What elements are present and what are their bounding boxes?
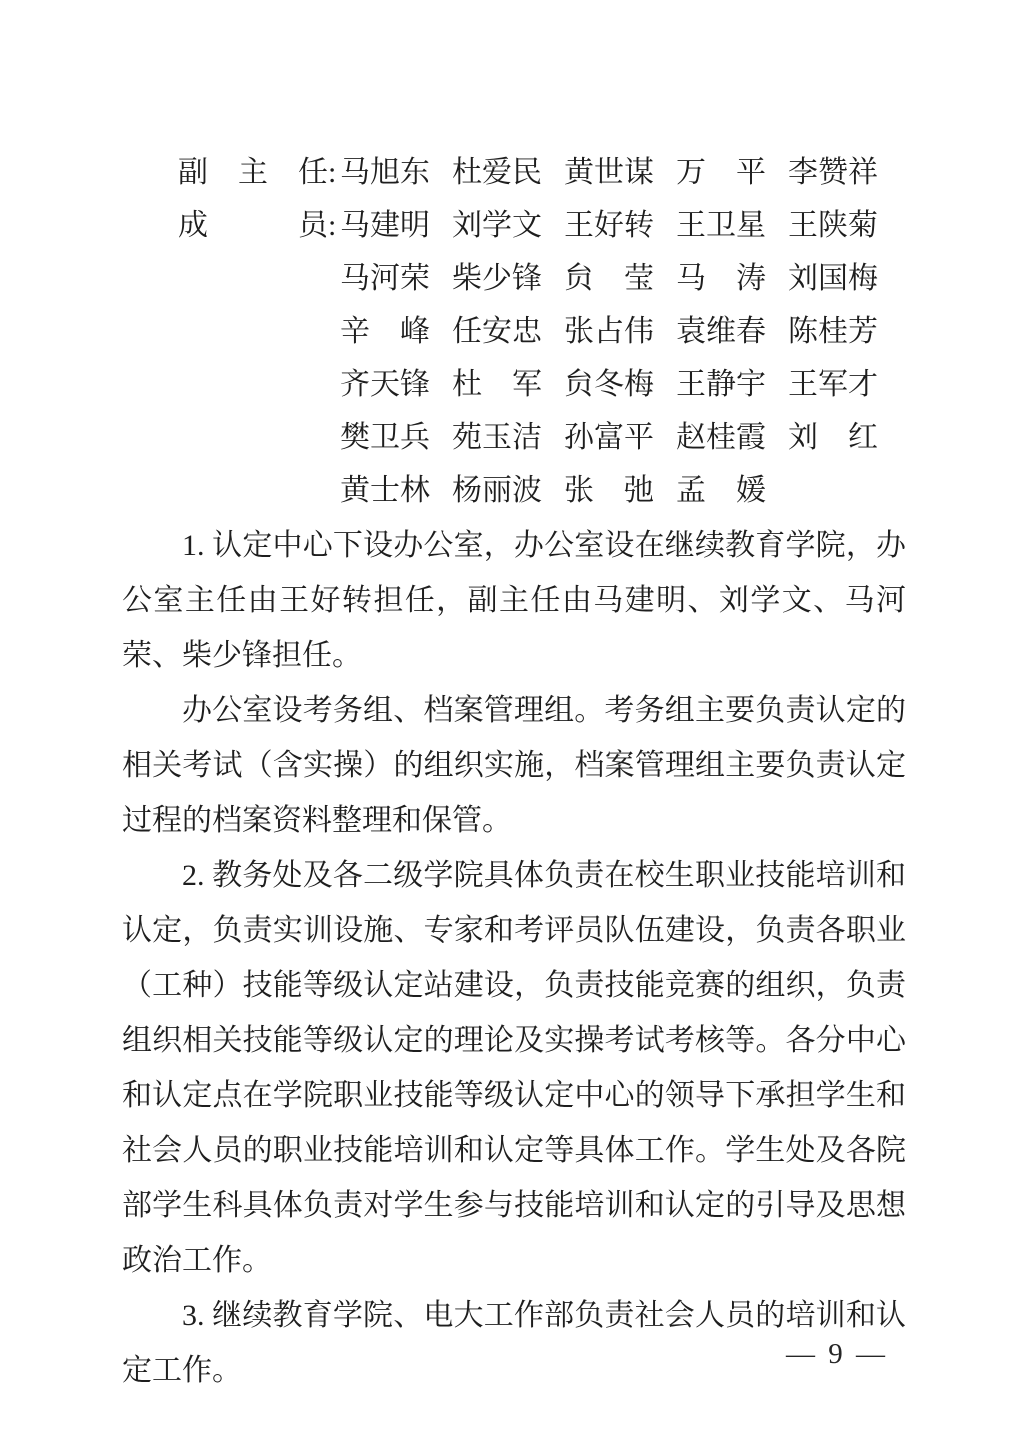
roster-row: 副 主 任: 马旭东 杜爱民 黄世谋 万 平 李赞祥 (122, 142, 906, 195)
page-number: — 9 — (786, 1338, 888, 1371)
person-name: 王静宇 (676, 359, 766, 403)
paragraph-1: 1. 认定中心下设办公室，办公室设在继续教育学院，办公室主任由王好转担任，副主任… (122, 518, 906, 683)
committee-roster: 副 主 任: 马旭东 杜爱民 黄世谋 万 平 李赞祥 成 员: 马建明 刘学文 … (122, 142, 906, 513)
person-name: 黄世谋 (564, 147, 654, 191)
person-name: 辛 峰 (340, 306, 430, 350)
person-name: 马河荣 (340, 253, 430, 297)
person-name: 刘国梅 (788, 253, 878, 297)
person-name: 陈桂芳 (788, 306, 878, 350)
person-name: 王卫星 (676, 200, 766, 244)
person-name: 贠冬梅 (564, 359, 654, 403)
person-name: 赵桂霞 (676, 412, 766, 456)
roster-role-label: 成 员: (122, 200, 340, 244)
person-name: 王好转 (564, 200, 654, 244)
person-name: 杨丽波 (452, 465, 542, 509)
person-name: 刘学文 (452, 200, 542, 244)
person-name: 刘 红 (788, 412, 878, 456)
paragraph-2: 办公室设考务组、档案管理组。考务组主要负责认定的相关考试（含实操）的组织实施，档… (122, 683, 906, 848)
person-name: 贠 莹 (564, 253, 654, 297)
person-name: 任安忠 (452, 306, 542, 350)
person-name: 李赞祥 (788, 147, 878, 191)
person-name: 柴少锋 (452, 253, 542, 297)
person-name: 张 弛 (564, 465, 654, 509)
person-name: 杜爱民 (452, 147, 542, 191)
roster-row: 辛 峰 任安忠 张占伟 袁维春 陈桂芳 (122, 301, 906, 354)
person-name: 杜 军 (452, 359, 542, 403)
roster-row: 齐天锋 杜 军 贠冬梅 王静宇 王军才 (122, 354, 906, 407)
person-name: 王军才 (788, 359, 878, 403)
person-name: 马旭东 (340, 147, 430, 191)
person-name: 王陕菊 (788, 200, 878, 244)
person-name: 苑玉洁 (452, 412, 542, 456)
roster-row: 成 员: 马建明 刘学文 王好转 王卫星 王陕菊 (122, 195, 906, 248)
person-name: 马建明 (340, 200, 430, 244)
roster-role-label: 副 主 任: (122, 147, 340, 191)
paragraph-3: 2. 教务处及各二级学院具体负责在校生职业技能培训和认定，负责实训设施、专家和考… (122, 848, 906, 1288)
person-name: 樊卫兵 (340, 412, 430, 456)
document-content: 副 主 任: 马旭东 杜爱民 黄世谋 万 平 李赞祥 成 员: 马建明 刘学文 … (122, 142, 906, 1398)
person-name: 孙富平 (564, 412, 654, 456)
person-name: 张占伟 (564, 306, 654, 350)
person-name: 黄士林 (340, 465, 430, 509)
person-name: 齐天锋 (340, 359, 430, 403)
document-paragraphs: 1. 认定中心下设办公室，办公室设在继续教育学院，办公室主任由王好转担任，副主任… (122, 518, 906, 1398)
document-page: 副 主 任: 马旭东 杜爱民 黄世谋 万 平 李赞祥 成 员: 马建明 刘学文 … (0, 0, 1024, 1448)
person-name: 万 平 (676, 147, 766, 191)
roster-row: 马河荣 柴少锋 贠 莹 马 涛 刘国梅 (122, 248, 906, 301)
roster-row: 樊卫兵 苑玉洁 孙富平 赵桂霞 刘 红 (122, 407, 906, 460)
person-name: 孟 媛 (676, 465, 766, 509)
person-name: 袁维春 (676, 306, 766, 350)
person-name: 马 涛 (676, 253, 766, 297)
roster-row: 黄士林 杨丽波 张 弛 孟 媛 (122, 460, 906, 513)
